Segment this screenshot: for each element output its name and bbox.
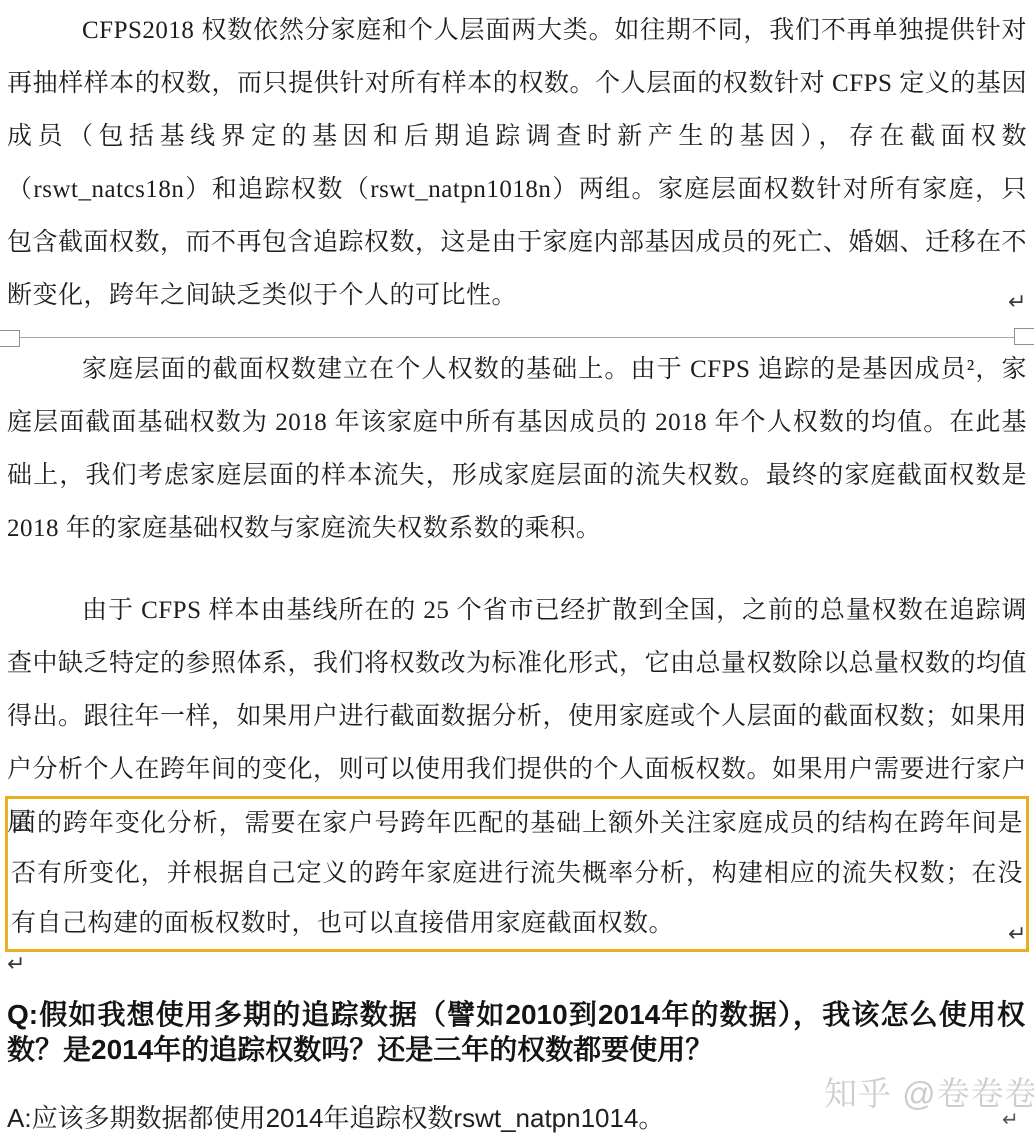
paragraph-return-icon: ↵: [1008, 292, 1026, 314]
paragraph-cfps2018-weights: CFPS2018 权数依然分家庭和个人层面两大类。如往期不同，我们不再单独提供针…: [7, 4, 1027, 322]
paragraph-return-icon: ↵: [1002, 1108, 1019, 1130]
paragraph-return-icon: ↵: [1008, 924, 1026, 946]
highlight-box: 面的跨年变化分析，需要在家户号跨年匹配的基础上额外关注家庭成员的结构在跨年间是否…: [5, 796, 1029, 952]
paragraph-return-icon: ↵: [7, 954, 25, 976]
paragraph-highlighted-panel-weights: 面的跨年变化分析，需要在家户号跨年匹配的基础上额外关注家庭成员的结构在跨年间是否…: [8, 799, 1026, 949]
document-page: CFPS2018 权数依然分家庭和个人层面两大类。如往期不同，我们不再单独提供针…: [0, 0, 1034, 1136]
page-boundary-line: [0, 337, 1034, 338]
qa-question-text: Q:假如我想使用多期的追踪数据（譬如2010到2014年的数据），我该怎么使用权…: [7, 997, 1025, 1067]
paragraph-family-cross-section-weights: 家庭层面的截面权数建立在个人权数的基础上。由于 CFPS 追踪的是基因成员²，家…: [7, 343, 1027, 555]
